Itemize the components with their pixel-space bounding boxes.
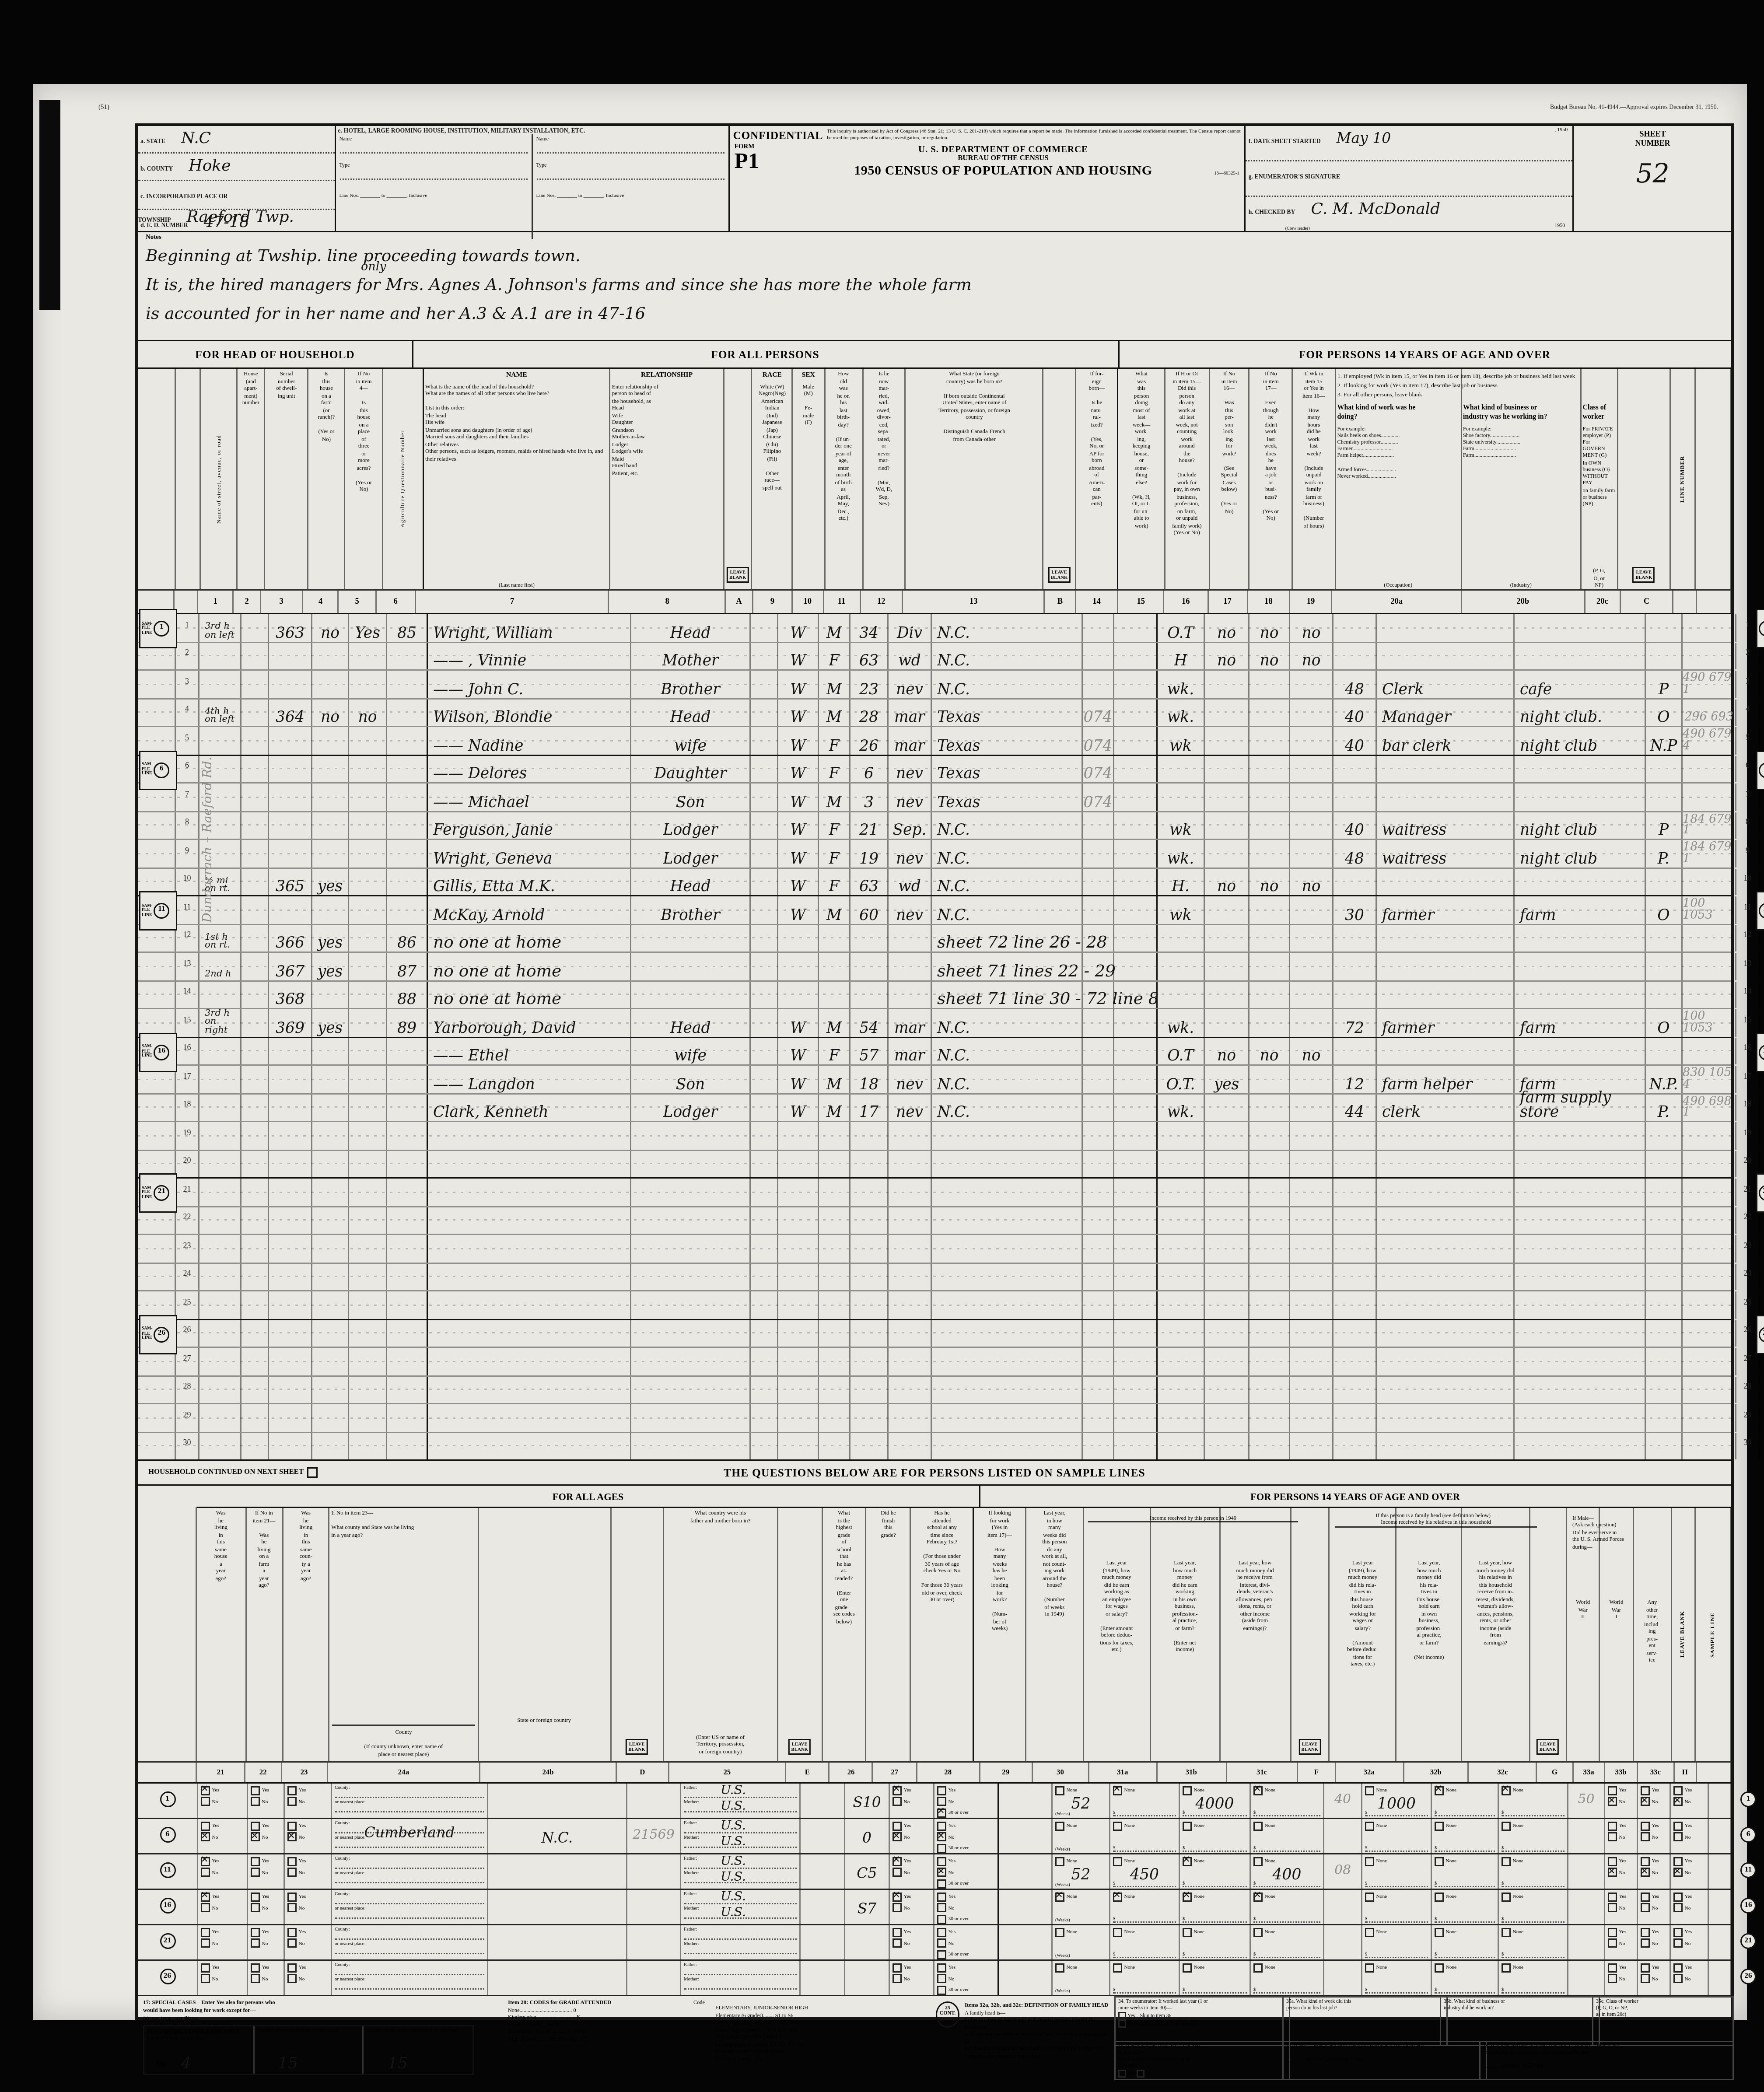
cell-r20-marital <box>889 1151 932 1178</box>
cell-r27-c16 <box>1205 1348 1249 1375</box>
form-p1: a. STATEN.C b. COUNTYHoke c. INCORPORATE… <box>135 123 1734 2020</box>
cell-r7-name: —— Michael <box>428 784 631 811</box>
main-col-num-rel: 8 <box>609 591 726 613</box>
cell-r19-agno <box>387 1122 428 1149</box>
cell-r27-ln: 27 <box>176 1348 199 1375</box>
main-col-c15-header: What was this person doing most of last … <box>1119 367 1165 591</box>
cell-r6-c16 <box>1205 756 1249 783</box>
cell-r20-age <box>850 1151 889 1178</box>
cell-r1-acres: Yes <box>349 614 387 641</box>
cell-r11-agno <box>387 896 428 924</box>
scell-26-H <box>1709 1961 1731 1995</box>
cell-r5-street <box>199 727 241 754</box>
cell-r30-cls <box>1646 1433 1683 1460</box>
main-col-num-sex: 10 <box>793 591 823 613</box>
scell-6-q25: Father:Mother:U.S.U.S. <box>681 1819 801 1853</box>
cell-r9-c18 <box>1290 840 1333 867</box>
cell-r16-farm <box>312 1038 349 1065</box>
cell-r10-acres <box>349 868 387 896</box>
cell-r13-acres <box>349 953 387 980</box>
cell-r14-A <box>751 981 778 1008</box>
scell-21-G <box>1568 1925 1605 1959</box>
cell-r1-rel: Head <box>631 614 751 641</box>
cell-r6-ln: 6 <box>176 756 199 783</box>
main-col-c19-header: If Wk in item 15 or Yes in item 16— How … <box>1293 367 1336 591</box>
cell-r27-house <box>241 1348 269 1375</box>
cell-r7-serial <box>269 784 312 811</box>
cell-r20-house <box>241 1151 269 1178</box>
cell-r10-rel: Head <box>631 868 751 896</box>
cell-r16-name: —— Ethel <box>428 1038 631 1065</box>
scell-6-w30: None(Weeks) <box>1053 1819 1110 1853</box>
cell-r15-B <box>1083 1009 1114 1036</box>
cell-r30-B <box>1083 1433 1114 1460</box>
cell-r14-c17 <box>1249 981 1290 1008</box>
scell-6-q27: YesNo <box>890 1819 934 1853</box>
cell-r3-acres <box>349 671 387 698</box>
cell-r1-c15: O.T <box>1158 614 1205 641</box>
cell-r9-br <box>1760 840 1764 867</box>
sheet-number-label: SHEET NUMBER <box>1574 126 1731 149</box>
table-row-13: 132nd h367yes87no one at homesheet 71 li… <box>138 953 1731 981</box>
sample-col-num-q25: 25 <box>669 1763 786 1782</box>
item-35a: 35a. What kind of work did this person d… <box>1282 1996 1448 2046</box>
cell-r26-A <box>751 1320 778 1347</box>
scell-26-i31c: None$ <box>1251 1961 1324 1995</box>
cell-r21-race <box>778 1179 819 1206</box>
table-row-19: 1919 <box>138 1122 1731 1151</box>
leave-blank-box-s-G: LEAVE BLANK <box>1537 1739 1559 1755</box>
sample-col-q23-header: Was he living in this same coun- ty a ye… <box>283 1507 330 1763</box>
cell-r2-house <box>241 643 269 670</box>
cell-r7-ln: 7 <box>176 784 199 811</box>
cell-r17-ln: 17 <box>176 1066 199 1093</box>
table-row-9: 9Wright, GenevaLodgerWF19nevN.C.wk.48wai… <box>138 840 1731 868</box>
scell-6-i31b: None$ <box>1180 1819 1251 1853</box>
cell-r18-c17 <box>1249 1094 1290 1121</box>
cell-r30-c16 <box>1205 1433 1249 1460</box>
cell-r24-marital <box>889 1263 932 1291</box>
sample-col-q28-header: Has he attended school at any time since… <box>911 1507 974 1763</box>
cell-r8-c16 <box>1205 812 1249 839</box>
cell-r10-c15: H. <box>1158 868 1205 896</box>
cell-r16-c14 <box>1114 1038 1158 1065</box>
cell-r21-rel <box>631 1179 751 1206</box>
scell-21-sb: 21 <box>138 1925 198 1959</box>
cell-r6-race: W <box>778 756 819 783</box>
cell-r11-ind: farm <box>1515 896 1646 924</box>
cell-r8-acres <box>349 812 387 839</box>
cell-r18-occ: clerk <box>1377 1094 1515 1121</box>
cell-r27-c14 <box>1114 1348 1158 1375</box>
scell-6-q21: YesNo <box>198 1819 248 1853</box>
cell-r8-marital: Sep. <box>889 812 932 839</box>
value-g26-6: 0 <box>845 1830 889 1847</box>
cell-r19-farm <box>312 1122 349 1149</box>
mother-value-16: U.S. <box>721 1906 799 1920</box>
cell-r24-name <box>428 1263 631 1291</box>
cell-r14-rel <box>631 981 751 1008</box>
main-col-num-ln <box>175 591 198 613</box>
hotel-type-label: Type <box>339 161 527 168</box>
cell-r26-ln: 26 <box>176 1320 199 1347</box>
cell-r20-serial <box>269 1151 312 1178</box>
cell-r21-bp <box>932 1179 1083 1206</box>
cell-r16-br: 16ASK QUES. BELOW <box>1760 1038 1764 1065</box>
cell-r23-agno <box>387 1235 428 1262</box>
cell-r12-C <box>1683 925 1736 952</box>
cell-r3-name: —— John C. <box>428 671 631 698</box>
sample-col-num-a33b: 33b <box>1605 1763 1637 1782</box>
cell-r4-acres: no <box>349 699 387 726</box>
sample-col-num-E: E <box>786 1763 830 1782</box>
cell-r3-c17 <box>1249 671 1290 698</box>
cell-r21-acres <box>349 1179 387 1206</box>
scell-21-q21: YesNo <box>198 1925 248 1959</box>
cell-r25-house <box>241 1291 269 1319</box>
cell-r30-marital <box>889 1433 932 1460</box>
cell-r24-c17 <box>1249 1263 1290 1291</box>
cell-r20-c14 <box>1114 1151 1158 1178</box>
table-row-1: SAM- PLE LINE113rd h on left363noYes85Wr… <box>138 614 1731 643</box>
cell-r8-ln: 8 <box>176 812 199 839</box>
main-col-ln-header <box>176 367 200 591</box>
cell-r24-bl <box>138 1263 176 1291</box>
cell-r11-farm <box>312 896 349 924</box>
cell-r19-house <box>241 1122 269 1149</box>
scell-16-a33c: YesNo <box>1671 1890 1709 1924</box>
cell-r18-house <box>241 1094 269 1121</box>
cell-r23-farm <box>312 1235 349 1262</box>
cell-r13-bl <box>138 953 176 980</box>
cell-r21-farm <box>312 1179 349 1206</box>
cell-r22-serial <box>269 1207 312 1234</box>
cell-r25-cls <box>1646 1291 1683 1319</box>
cell-r20-rel <box>631 1151 751 1178</box>
cell-r4-farm: no <box>312 699 349 726</box>
cell-r9-ind: night club <box>1515 840 1646 867</box>
sample-col-i32b-header: Last year, how much money did his rela- … <box>1397 1507 1462 1763</box>
hotel-type-line <box>339 168 527 180</box>
scell-21-E <box>801 1925 845 1959</box>
census-title: 1950 CENSUS OF POPULATION AND HOUSING <box>767 164 1239 178</box>
cell-r19-serial <box>269 1122 312 1149</box>
table-row-15: 153rd h on right369yes89Yarborough, Davi… <box>138 1009 1731 1038</box>
cell-r12-occ <box>1377 925 1515 952</box>
cell-r30-ind <box>1515 1433 1646 1460</box>
cell-r10-name: Gillis, Etta M.K. <box>428 868 631 896</box>
sample-col-num-g26: 26 <box>830 1763 874 1782</box>
cell-r6-sex: F <box>819 756 850 783</box>
cell-r17-c16: yes <box>1205 1066 1249 1093</box>
scell-21-i31b: None$ <box>1180 1925 1251 1959</box>
scell-21-i31c: None$ <box>1251 1925 1324 1959</box>
cell-r25-street <box>199 1291 241 1319</box>
cell-r22-ind <box>1515 1207 1646 1234</box>
print-code: 16—60325-1 <box>1214 171 1239 176</box>
ask-ques-badge-11: 11ASK QUES. BELOW <box>1756 891 1764 931</box>
item34-no-checkbox <box>1118 2020 1126 2028</box>
scell-16-i31c: None$ <box>1251 1890 1324 1924</box>
scell-6-i32c: None$ <box>1499 1819 1568 1853</box>
cell-r14-cls <box>1646 981 1683 1008</box>
scell-16-w30: None(Weeks) <box>1053 1890 1110 1924</box>
cell-r13-house <box>241 953 269 980</box>
cell-r7-marital: nev <box>889 784 932 811</box>
cell-r24-c16 <box>1205 1263 1249 1291</box>
cell-r23-c15 <box>1158 1235 1205 1262</box>
cell-r22-c14 <box>1114 1207 1158 1234</box>
cell-r18-race: W <box>778 1094 819 1121</box>
item36-yes-checkbox <box>1118 2070 1126 2078</box>
cell-r12-c16 <box>1205 925 1249 952</box>
cell-r17-c15: O.T. <box>1158 1066 1205 1093</box>
cell-r22-street <box>199 1207 241 1234</box>
cell-r5-acres <box>349 727 387 754</box>
table-row-14: 1436888no one at homesheet 71 line 30 - … <box>138 981 1731 1010</box>
hotel-block: e. HOTEL, LARGE ROOMING HOUSE, INSTITUTI… <box>336 126 729 231</box>
cell-r23-C <box>1683 1235 1736 1262</box>
scell-6-E <box>801 1819 845 1853</box>
cell-r21-c18 <box>1290 1179 1333 1206</box>
main-col-num-c15: 15 <box>1118 591 1164 613</box>
cell-r20-ind <box>1515 1151 1646 1178</box>
cell-r24-street <box>199 1263 241 1291</box>
cell-r24-c14 <box>1114 1263 1158 1291</box>
cell-r30-serial <box>269 1433 312 1460</box>
cell-r10-farm: yes <box>312 868 349 896</box>
sample-row-11: 11YesNoYesNoYesNoCounty:or nearest place… <box>138 1854 1731 1890</box>
table-row-22: 2222 <box>138 1207 1731 1235</box>
scell-16-a33a: YesNo <box>1605 1890 1638 1924</box>
cell-r7-age: 3 <box>850 784 889 811</box>
cell-r6-agno <box>387 756 428 783</box>
cell-r15-c19: 72 <box>1333 1009 1377 1036</box>
cell-r16-house <box>241 1038 269 1065</box>
cell-r30-br <box>1760 1433 1764 1460</box>
cell-r8-agno <box>387 812 428 839</box>
cell-r23-c17 <box>1249 1235 1290 1262</box>
location-block: a. STATEN.C b. COUNTYHoke c. INCORPORATE… <box>138 126 336 231</box>
scell-21-i32a: None$ <box>1362 1925 1432 1959</box>
cell-r12-race <box>778 925 819 952</box>
cell-r6-house <box>241 756 269 783</box>
cell-r23-bl <box>138 1235 176 1262</box>
cell-r28-street <box>199 1376 241 1403</box>
cell-r12-name: no one at home <box>428 925 631 952</box>
cell-r8-c14 <box>1114 812 1158 839</box>
cell-r28-c19 <box>1333 1376 1377 1403</box>
cell-r12-acres <box>349 925 387 952</box>
cell-r26-c15 <box>1158 1320 1205 1347</box>
cell-r23-race <box>778 1235 819 1262</box>
cell-r21-B <box>1083 1179 1114 1206</box>
cell-r19-c16 <box>1205 1122 1249 1149</box>
cell-r13-bp: sheet 71 lines 22 - 29 <box>932 953 1083 980</box>
district-office-cell-2: Number of non- filled lines on this shee… <box>254 2026 364 2074</box>
sample-col-q29-header: If looking for work (Yes in item 17)— Ho… <box>974 1507 1027 1763</box>
scell-11-i32a: None$ <box>1362 1854 1432 1889</box>
cell-r2-cls <box>1646 643 1683 670</box>
scell-21-q23: YesNo <box>285 1925 332 1959</box>
sample-col-num-i32c: 32c <box>1469 1763 1537 1782</box>
scell-6-c24a: County:or nearest place:Cumberland <box>332 1819 488 1853</box>
cell-r8-name: Ferguson, Janie <box>428 812 631 839</box>
value-i31c-11: 400 <box>1251 1865 1323 1883</box>
cell-r14-farm <box>312 981 349 1008</box>
cell-r9-serial <box>269 840 312 867</box>
cell-r27-street <box>199 1348 241 1375</box>
cell-r22-house <box>241 1207 269 1234</box>
cell-r22-age <box>850 1207 889 1234</box>
cell-r20-bp <box>932 1151 1083 1178</box>
sample-table-rows: 1YesNoYesNoYesNoCounty:or nearest place:… <box>138 1784 1731 1996</box>
main-header-columns: Name of street, avenue, or roadHouse (an… <box>138 367 1731 591</box>
cell-r6-B: 074 <box>1083 756 1114 783</box>
cell-r23-bp <box>932 1235 1083 1262</box>
cell-r1-cls <box>1646 614 1683 641</box>
father-value-11: U.S. <box>721 1854 799 1869</box>
sample-row-26: 26YesNoYesNoYesNoCounty:or nearest place… <box>138 1961 1731 1996</box>
sample-col-num-q27: 27 <box>873 1763 917 1782</box>
cell-r25-c15 <box>1158 1291 1205 1319</box>
continuation-mark: 25CONT. <box>936 2001 959 2028</box>
cell-r26-br: 26ASK QUES. BELOW <box>1760 1320 1764 1347</box>
cell-r3-ln: 3 <box>176 671 199 698</box>
cell-r29-ln: 29 <box>176 1404 199 1431</box>
cell-r26-c18 <box>1290 1320 1333 1347</box>
group-for-all-persons: FOR ALL PERSONS <box>412 341 1120 369</box>
cell-r27-acres <box>349 1348 387 1375</box>
cell-r3-bp: N.C. <box>932 671 1083 698</box>
district-office-box: FOR DISTRICT OFFICE USE ONLY Number of l… <box>143 2025 474 2075</box>
cell-r17-B <box>1083 1066 1114 1093</box>
cell-r29-acres <box>349 1404 387 1431</box>
cell-r5-bp: Texas <box>932 727 1083 754</box>
scell-16-rb: 16 <box>1731 1890 1764 1924</box>
cell-r14-agno: 88 <box>387 981 428 1008</box>
cell-r3-cls: P <box>1646 671 1683 698</box>
scell-21-a33a: YesNo <box>1605 1925 1638 1959</box>
cell-r18-bl <box>138 1094 176 1121</box>
county-value-6: Cumberland <box>332 1824 487 1841</box>
cell-r28-ind <box>1515 1376 1646 1403</box>
cell-r5-ln: 5 <box>176 727 199 754</box>
cell-r11-br: 11ASK QUES. BELOW <box>1760 896 1764 924</box>
sample-col-D-header: LEAVE BLANK <box>611 1507 664 1763</box>
cell-r1-c19 <box>1333 614 1377 641</box>
scell-21-c24b <box>488 1925 627 1959</box>
main-col-num-agno: 6 <box>376 591 416 613</box>
main-table-rows: Dundarrach – Raeford Rd. SAM- PLE LINE11… <box>138 614 1731 1461</box>
cell-r25-agno <box>387 1291 428 1319</box>
cell-r24-B <box>1083 1263 1114 1291</box>
cell-r20-c18 <box>1290 1151 1333 1178</box>
cell-r10-race: W <box>778 868 819 896</box>
cell-r16-sex: F <box>819 1038 850 1065</box>
cell-r15-age: 54 <box>850 1009 889 1036</box>
scell-16-sb: 16 <box>138 1890 198 1924</box>
cell-r5-marital: mar <box>889 727 932 754</box>
cell-r11-ln: 11 <box>176 896 199 924</box>
cell-r15-race: W <box>778 1009 819 1036</box>
cell-r28-rl: 28 <box>1736 1376 1760 1403</box>
cell-r2-race: W <box>778 643 819 670</box>
sample-line-badge-26: SAM- PLE LINE26 <box>139 1315 177 1354</box>
cell-r5-c14 <box>1114 727 1158 754</box>
cell-r17-occ: farm helper <box>1377 1066 1515 1093</box>
enumerator-label: g. ENUMERATOR'S SIGNATURE <box>1246 172 1343 180</box>
scell-11-i31a: None$450 <box>1110 1854 1180 1889</box>
cell-r16-rel: wife <box>631 1038 751 1065</box>
cell-r10-c14 <box>1114 868 1158 896</box>
cell-r25-race <box>778 1291 819 1319</box>
cell-r21-c16 <box>1205 1179 1249 1206</box>
cell-r18-C: 490 698 1 <box>1683 1094 1736 1121</box>
sample-col-num-F: F <box>1298 1763 1336 1782</box>
scell-6-G <box>1568 1819 1605 1853</box>
scell-11-H <box>1709 1854 1731 1889</box>
cell-r23-B <box>1083 1235 1114 1262</box>
cell-r16-bp: N.C. <box>932 1038 1083 1065</box>
cell-r22-C <box>1683 1207 1736 1234</box>
cell-r27-c17 <box>1249 1348 1290 1375</box>
cell-r9-race: W <box>778 840 819 867</box>
cell-r12-c18 <box>1290 925 1333 952</box>
cell-r15-street: 3rd h on right <box>199 1009 241 1036</box>
cell-r29-ind <box>1515 1404 1646 1431</box>
cell-r8-A <box>751 812 778 839</box>
cell-r2-street <box>199 643 241 670</box>
cell-r25-acres <box>349 1291 387 1319</box>
scell-26-w30: None(Weeks) <box>1053 1961 1110 1995</box>
cell-r2-farm <box>312 643 349 670</box>
scell-16-q28: YesNo30 or over <box>934 1890 999 1924</box>
cell-r10-sex: F <box>819 868 850 896</box>
cell-r17-name: —— Langdon <box>428 1066 631 1093</box>
cell-r3-house <box>241 671 269 698</box>
cell-r2-ind <box>1515 643 1646 670</box>
state-value: N.C <box>168 129 211 147</box>
cell-r15-c17 <box>1249 1009 1290 1036</box>
sample-row-21: 21YesNoYesNoYesNoCounty:or nearest place… <box>138 1925 1731 1961</box>
group-for-head-of-household: FOR HEAD OF HOUSEHOLD <box>138 341 413 369</box>
scell-21-i32b: None$ <box>1432 1925 1499 1959</box>
cell-r4-age: 28 <box>850 699 889 726</box>
hotel-linenos-1: Line Nos. ________ to ________, Inclusiv… <box>339 193 527 198</box>
persons-enumerated-hand: 15 <box>388 2054 408 2074</box>
cell-r19-marital <box>889 1122 932 1149</box>
cell-r28-cls <box>1646 1376 1683 1403</box>
cell-r13-sex <box>819 953 850 980</box>
cell-r22-race <box>778 1207 819 1234</box>
scell-11-q23: YesNo <box>285 1854 332 1889</box>
sample-column-numbers: 21222324a24bD25E262728293031a31b31cF32a3… <box>138 1761 1731 1782</box>
table-row-4: 44th h on left364nonoWilson, BlondieHead… <box>138 699 1731 728</box>
cell-r4-bl <box>138 699 176 726</box>
district-office-cell-1: FOR DISTRICT OFFICE USE ONLY Number of l… <box>144 2026 254 2074</box>
item36-no-checkbox <box>1136 2070 1144 2078</box>
cell-r26-race <box>778 1320 819 1347</box>
cell-r19-rl: 19 <box>1736 1122 1760 1149</box>
cell-r14-marital <box>889 981 932 1008</box>
cell-r30-name <box>428 1433 631 1460</box>
scell-11-q25: Father:Mother:U.S.U.S. <box>681 1854 801 1889</box>
cell-r10-c17: no <box>1249 868 1290 896</box>
sample-table-header: FOR ALL AGESFOR PERSONS 14 YEARS OF AGE … <box>138 1486 1731 1784</box>
cell-r1-C <box>1683 614 1736 641</box>
cell-r8-farm <box>312 812 349 839</box>
